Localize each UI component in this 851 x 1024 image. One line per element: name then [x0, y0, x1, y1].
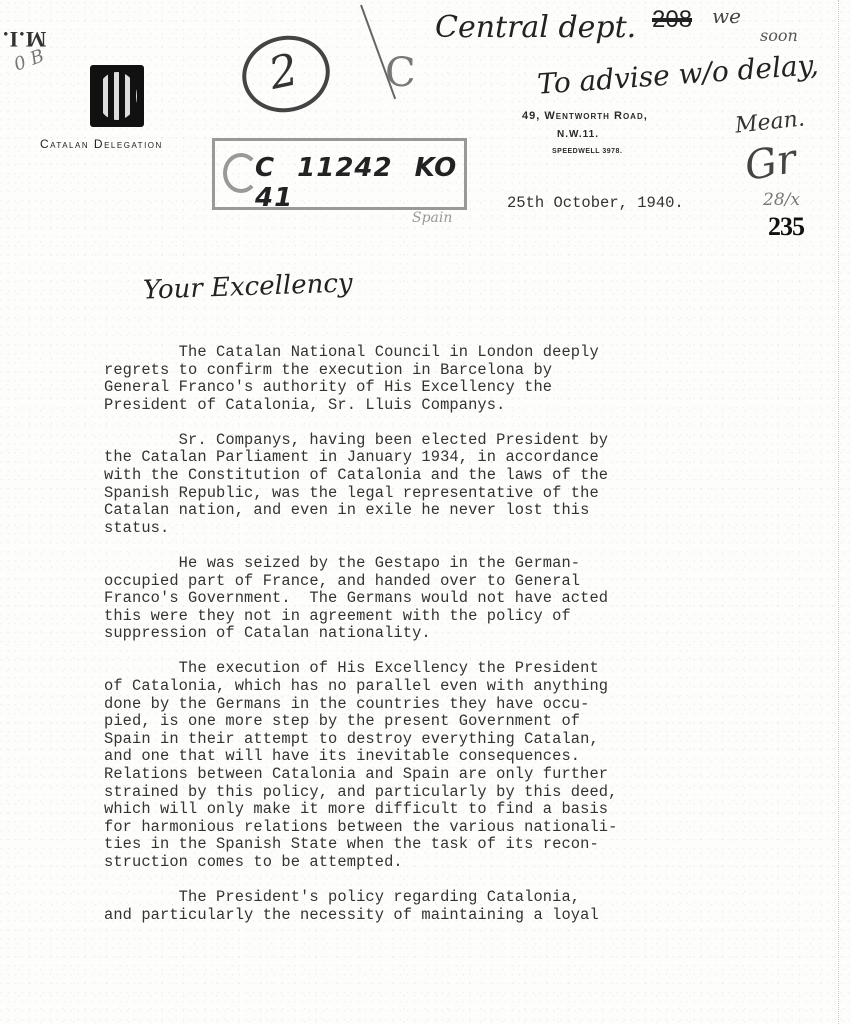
registry-number: C 11242 KO 41 — [255, 153, 464, 213]
text-line: done by the Germans in the countries the… — [104, 696, 729, 714]
text-line: strained by this policy, and particularl… — [104, 784, 729, 802]
text-line: Spanish Republic, was the legal represen… — [104, 485, 729, 503]
text-line: ties in the Spanish State when the task … — [104, 836, 729, 854]
handwritten-note-3: Mean. — [734, 106, 806, 138]
text-line: Relations between Catalonia and Spain ar… — [104, 766, 729, 784]
c-annotation: C — [385, 50, 416, 96]
handwritten-side-1: we — [712, 4, 741, 28]
handwritten-side-2: soon — [760, 26, 798, 45]
text-line: occupied part of France, and handed over… — [104, 573, 729, 591]
handwritten-initials: Gr — [741, 136, 799, 190]
text-line: He was seized by the Gestapo in the Germ… — [104, 555, 729, 573]
text-line: regrets to confirm the execution in Barc… — [104, 362, 729, 380]
folio-number: 235 — [768, 212, 804, 242]
text-line: for harmonious relations between the var… — [104, 819, 729, 837]
registry-subject: Spain — [412, 210, 452, 226]
catalan-emblem-icon — [90, 65, 144, 127]
registry-c-icon — [223, 153, 259, 193]
circled-number: 2 — [265, 44, 303, 100]
text-line: The Catalan National Council in London d… — [104, 344, 729, 362]
text-line: with the Constitution of Catalonia and t… — [104, 467, 729, 485]
text-line: of Catalonia, which has no parallel even… — [104, 678, 729, 696]
text-line: The President's policy regarding Catalon… — [104, 889, 729, 907]
handwritten-date: 28/x — [763, 190, 800, 210]
paragraph: The Catalan National Council in London d… — [104, 344, 729, 414]
registry-stamp: C 11242 KO 41 — [212, 138, 467, 210]
paragraph: He was seized by the Gestapo in the Germ… — [104, 555, 729, 643]
text-line: Spain in their attempt to destroy everyt… — [104, 731, 729, 749]
address-line-1: 49, Wentworth Road, — [522, 110, 712, 122]
text-line: this were they not in agreement with the… — [104, 608, 729, 626]
text-line: and one that will have its inevitable co… — [104, 748, 729, 766]
text-line: President of Catalonia, Sr. Lluis Compan… — [104, 397, 729, 415]
text-line: which will only make it more difficult t… — [104, 801, 729, 819]
salutation: Your Excellency — [143, 268, 354, 305]
struck-number: 208 — [652, 6, 692, 34]
page-edge — [838, 0, 851, 1024]
organization-name: Catalan Delegation — [40, 137, 163, 151]
letter-page: M.I. 0 B Catalan Delegation 2 C C 11242 … — [0, 0, 851, 1024]
text-line: pied, is one more step by the present Go… — [104, 713, 729, 731]
text-line: Sr. Companys, having been elected Presid… — [104, 432, 729, 450]
text-line: The execution of His Excellency the Pres… — [104, 660, 729, 678]
text-line: status. — [104, 520, 729, 538]
text-line: and particularly the necessity of mainta… — [104, 907, 729, 925]
text-line: Catalan nation, and even in exile he nev… — [104, 502, 729, 520]
paragraph: Sr. Companys, having been elected Presid… — [104, 432, 729, 538]
letter-body: The Catalan National Council in London d… — [104, 344, 729, 942]
text-line: General Franco's authority of His Excell… — [104, 379, 729, 397]
text-line: suppression of Catalan nationality. — [104, 625, 729, 643]
handwritten-note-2: To advise w/o delay, — [536, 48, 819, 101]
handwritten-note-1: Central dept. — [435, 10, 636, 45]
circled-number-stamp: 2 — [235, 28, 337, 121]
text-line: struction comes to be attempted. — [104, 854, 729, 872]
address-line-2: N.W.11. — [557, 129, 599, 140]
letter-date: 25th October, 1940. — [507, 194, 684, 212]
text-line: Franco's Government. The Germans would n… — [104, 590, 729, 608]
paragraph: The President's policy regarding Catalon… — [104, 889, 729, 924]
text-line: the Catalan Parliament in January 1934, … — [104, 449, 729, 467]
phone-number: SPEEDWELL 3978. — [552, 148, 622, 155]
paragraph: The execution of His Excellency the Pres… — [104, 660, 729, 871]
